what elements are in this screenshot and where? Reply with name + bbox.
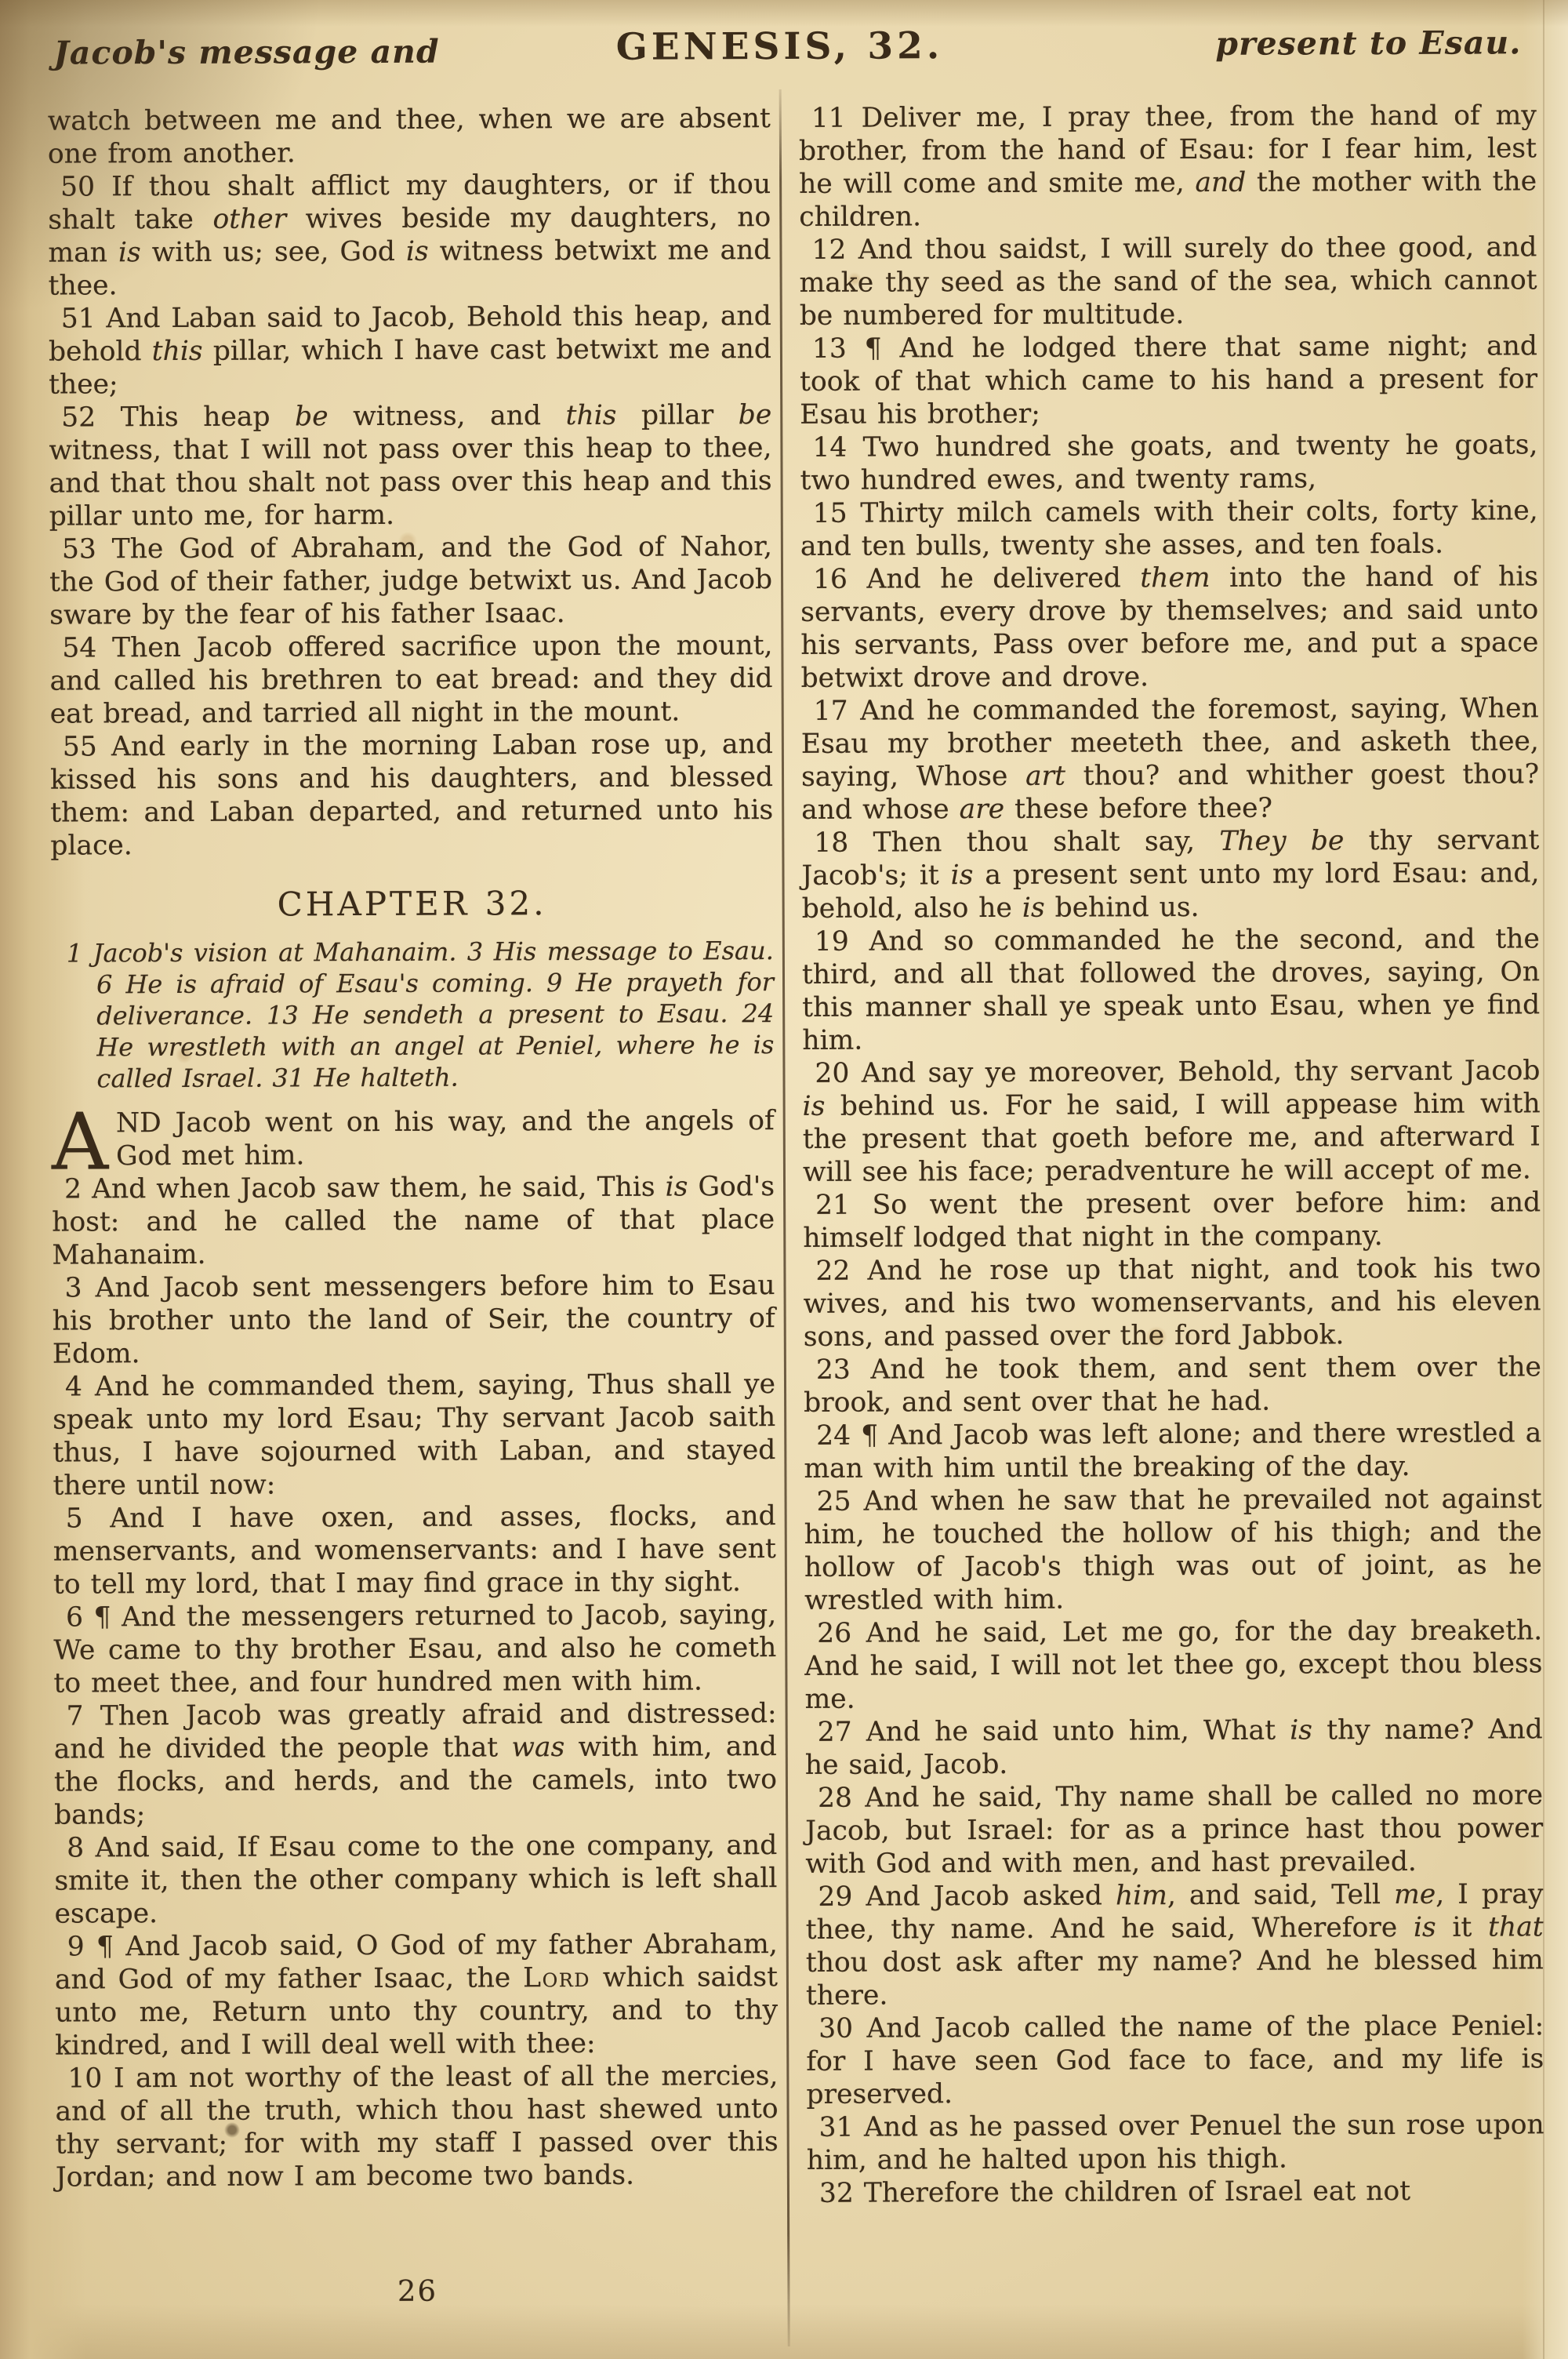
verse-text: And he delivered them into the hand of h… [800,561,1538,694]
verse-text: Deliver me, I pray thee, from the hand o… [799,100,1537,233]
verse-23: 23 And he took them, and sent them over … [804,1350,1541,1419]
verse-number: 11 [811,103,846,134]
verse-4: 4 And he commanded them, saying, Thus sh… [53,1368,776,1503]
verse-number: 51 [61,303,96,334]
verse-number: 24 [816,1420,851,1452]
verse-number: 54 [62,632,96,663]
verse-text: ¶ And the messengers returned to Jacob, … [53,1599,776,1699]
verse-3: 3 And Jacob sent messengers before him t… [52,1269,775,1371]
verse-number: 17 [814,696,848,727]
verse-24: 24 ¶ And Jacob was left alone; and there… [804,1416,1541,1485]
verse-text: So went the present over before him: and… [803,1187,1541,1254]
verse-26: 26 And he said, Let me go, for the day b… [804,1614,1542,1716]
verse-text: Therefore the children of Israel eat not [864,2175,1410,2209]
verse-32: 32 Therefore the children of Israel eat … [807,2174,1544,2210]
verse-15: 15 Thirty milch camels with their colts,… [800,494,1538,563]
verse-text: And he rose up that night, and took his … [804,1252,1541,1353]
verse-number: 28 [818,1783,852,1814]
verse-29: 29 And Jacob asked him, and said, Tell m… [805,1877,1544,2012]
verse-text: ¶ And he lodged there that same night; a… [800,330,1537,431]
verse-number: 27 [818,1717,852,1748]
verse-10: 10 I am not worthy of the least of all t… [55,2059,779,2194]
verse-9: 9 ¶ And Jacob said, O God of my father A… [55,1928,779,2063]
verse-number: 31 [819,2112,854,2143]
verse-text: This heap be witness, and this pillar be… [49,399,771,533]
verse-text: And he said, Thy name shall be called no… [805,1779,1543,1880]
verse-text: And I have oxen, and asses, flocks, and … [53,1500,776,1601]
verse-text: I am not worthy of the least of all the … [55,2060,778,2194]
verse-number: 21 [815,1190,850,1221]
verse-number: 8 [67,1832,84,1863]
verse-text: And he commanded them, saying, Thus shal… [53,1369,775,1502]
verse-text: And thou saidst, I will surely do thee g… [800,231,1537,332]
verse-13: 13 ¶ And he lodged there that same night… [800,329,1537,431]
verse-text: And Jacob asked him, and said, Tell me, … [806,1878,1544,2012]
right-column: 11 Deliver me, I pray thee, from the han… [799,99,1544,2210]
column-divider-rule [779,89,790,2346]
verse-number: 18 [814,827,848,859]
verse-text: ¶ And Jacob was left alone; and there wr… [804,1417,1541,1485]
verse-text: And early in the morning Laban rose up, … [50,729,773,862]
verse-text: ND Jacob went on his way, and the angels… [116,1105,775,1172]
verse-1: AND Jacob went on his way, and the angel… [52,1104,775,1173]
verse-5: 5 And I have oxen, and asses, flocks, an… [53,1499,776,1601]
verse-31: 31 And as he passed over Penuel the sun … [807,2108,1544,2177]
verse-16: 16 And he delivered them into the hand o… [800,560,1539,695]
verse-number: 9 [67,1931,85,1962]
verse-number: 50 [60,171,95,202]
verse-number: 29 [818,1881,852,1913]
verse-text: And when Jacob saw them, he said, This i… [52,1171,775,1271]
dropcap-initial: A [52,1107,117,1171]
verse-text: And he said, Let me go, for the day brea… [804,1615,1542,1715]
verse-text: The God of Abraham, and the God of Nahor… [49,531,772,631]
verse-number: 2 [64,1173,82,1205]
verse-19: 19 And so commanded he the second, and t… [802,922,1541,1057]
verse-number: 6 [66,1601,83,1633]
verse-number: 19 [815,926,849,958]
chapter-summary: 1 Jacob's vision at Mahanaim. 3 His mess… [51,935,775,1095]
verse-20: 20 And say ye moreover, Behold, thy serv… [802,1054,1541,1189]
verse-text: And so commanded he the second, and the … [802,923,1540,1056]
verse-text: And he took them, and sent them over the… [804,1351,1541,1419]
verse-14: 14 Two hundred she goats, and twenty he … [800,428,1537,497]
scanned-bible-page: Jacob's message and GENESIS, 32. present… [0,0,1568,2359]
verse-number: 16 [813,564,848,595]
verse-22: 22 And he rose up that night, and took h… [803,1252,1541,1354]
verse-30: 30 And Jacob called the name of the plac… [806,2009,1544,2111]
verse-8: 8 And said, If Esau come to the one comp… [54,1829,777,1931]
verse-52: 52 This heap be witness, and this pillar… [49,398,772,533]
verse-number: 20 [815,1058,849,1089]
verse-text: watch between me and thee, when we are a… [48,103,771,170]
page-number: 26 [56,2273,779,2310]
verse-number: 30 [818,2013,853,2045]
verse-18: 18 Then thou shalt say, They be thy serv… [801,823,1539,925]
verse-text: ¶ And Jacob said, O God of my father Abr… [55,1928,778,2062]
verse-number: 12 [811,234,846,266]
verse-17: 17 And he commanded the foremost, saying… [801,692,1540,827]
verse-text: Two hundred she goats, and twenty he goa… [800,429,1538,496]
running-head-right: present to Esau. [1215,24,1521,62]
chapter-heading: CHAPTER 32. [51,886,774,922]
verse-number: 13 [812,333,847,365]
verse-text: And Jacob called the name of the place P… [806,2010,1544,2110]
verse-text: And Jacob sent messengers before him to … [53,1270,775,1370]
verse-text: And he commanded the foremost, saying, W… [801,692,1539,826]
page-content: Jacob's message and GENESIS, 32. present… [0,0,1568,2359]
page-edge-crease [1543,0,1544,2359]
verse-continuation: watch between me and thee, when we are a… [48,102,771,171]
verse-number: 7 [67,1700,84,1732]
verse-55: 55 And early in the morning Laban rose u… [50,728,774,863]
verse-25: 25 And when he saw that he prevailed not… [804,1482,1542,1617]
verse-28: 28 And he said, Thy name shall be called… [805,1779,1543,1881]
verse-53: 53 The God of Abraham, and the God of Na… [49,530,772,632]
verse-number: 26 [817,1618,851,1649]
verse-text: Then Jacob offered sacrifice upon the mo… [49,630,772,730]
verse-text: Thirty milch camels with their colts, fo… [800,495,1538,562]
verse-text: Then thou shalt say, They be thy servant… [801,824,1539,925]
verse-number: 25 [817,1486,851,1518]
verse-number: 15 [813,498,848,529]
verse-27: 27 And he said unto him, What is thy nam… [805,1713,1543,1782]
verse-6: 6 ¶ And the messengers returned to Jacob… [53,1598,776,1700]
verse-number: 22 [815,1256,850,1287]
left-column: watch between me and thee, when we are a… [48,102,779,2194]
verse-text: And he said unto him, What is thy name? … [805,1714,1543,1781]
verse-number: 23 [816,1354,851,1386]
verse-text: And as he passed over Penuel the sun ros… [807,2109,1544,2176]
verse-11: 11 Deliver me, I pray thee, from the han… [799,99,1537,234]
verse-text: And Laban said to Jacob, Behold this hea… [49,300,771,401]
verse-text: If thou shalt afflict my daughters, or i… [48,169,771,302]
verse-number: 55 [63,731,97,762]
verse-text: Then Jacob was greatly afraid and distre… [54,1698,777,1831]
verse-number: 5 [66,1503,83,1534]
verse-51: 51 And Laban said to Jacob, Behold this … [49,300,771,402]
verse-54: 54 Then Jacob offered sacrifice upon the… [49,629,772,731]
verse-50: 50 If thou shalt afflict my daughters, o… [48,168,771,303]
verse-7: 7 Then Jacob was greatly afraid and dist… [54,1697,778,1832]
verse-number: 3 [64,1272,82,1303]
verse-number: 52 [61,402,96,433]
verse-2: 2 And when Jacob saw them, he said, This… [52,1170,775,1272]
verse-text: And said, If Esau come to the one compan… [54,1830,777,1930]
verse-number: 4 [65,1371,82,1402]
verse-number: 10 [67,2063,102,2094]
verse-number: 14 [812,432,847,463]
verse-number: 32 [819,2178,854,2209]
verse-text: And say ye moreover, Behold, thy servant… [803,1055,1541,1188]
verse-number: 53 [62,533,96,565]
verse-12: 12 And thou saidst, I will surely do the… [799,231,1537,333]
verse-21: 21 So went the present over before him: … [803,1186,1541,1255]
verse-text: And when he saw that he prevailed not ag… [804,1483,1542,1616]
